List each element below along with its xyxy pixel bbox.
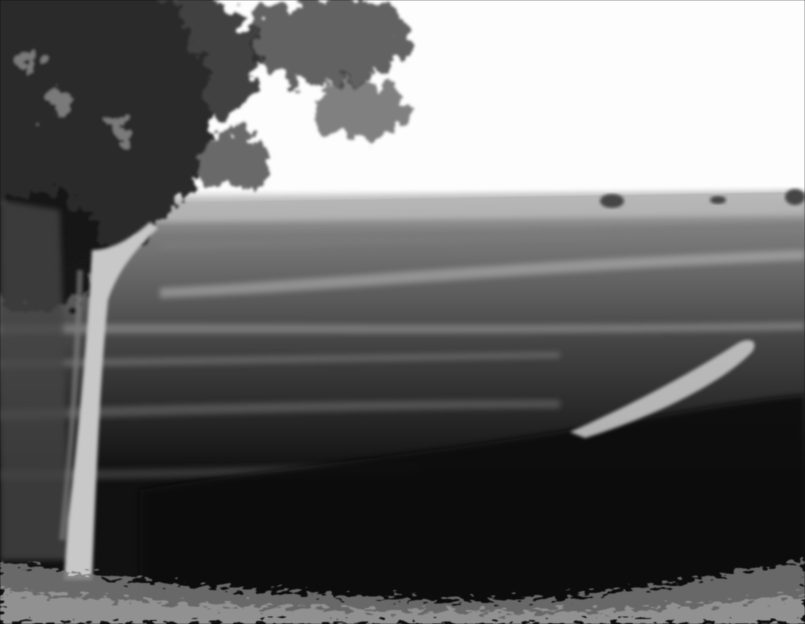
distant-tree (785, 189, 805, 205)
landscape-photo: Black-and-white landscape: a leafy tree … (0, 0, 805, 624)
distant-tree (600, 194, 624, 208)
left-shrubs (0, 200, 70, 560)
scene-svg (0, 0, 805, 624)
distant-tree (710, 196, 726, 204)
